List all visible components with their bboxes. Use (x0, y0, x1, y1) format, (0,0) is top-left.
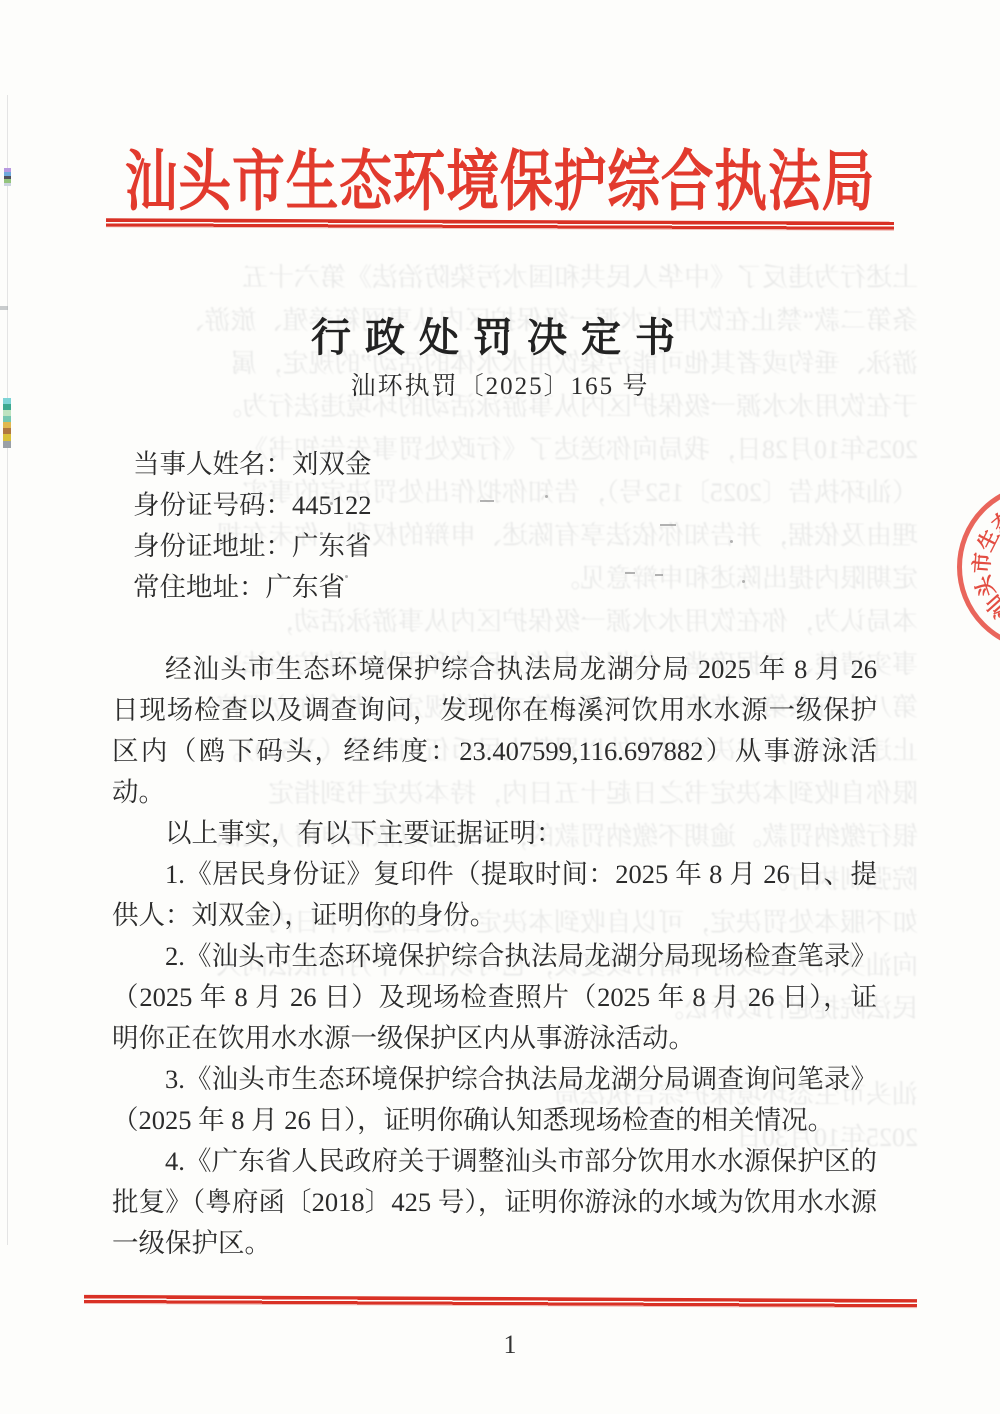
paragraph-evidence-4: 4.《广东省人民政府关于调整汕头市部分饮用水水源保护区的批复》（粤府函〔2018… (112, 1141, 877, 1264)
party-id-label: 身份证号码： (133, 490, 292, 520)
redaction-smudge (655, 574, 663, 576)
redaction-smudge (625, 572, 635, 574)
party-residence-row: 常住地址：广东省 (133, 567, 913, 608)
party-id-value-redacted: 445122 (292, 490, 372, 520)
redaction-smudge (742, 580, 745, 583)
party-id-number-row: 身份证号码：445122 (133, 485, 913, 526)
redaction-smudge (480, 500, 494, 502)
party-id-address-label: 身份证地址： (133, 531, 292, 561)
party-name-value: 刘双金 (292, 449, 372, 479)
party-residence-label: 常住地址： (133, 572, 266, 602)
paragraph-evidence-3: 3.《汕头市生态环境保护综合执法局龙湖分局调查询问笔录》（2025 年 8 月 … (112, 1059, 877, 1141)
agency-letterhead: 汕头市生态环境保护综合执法局 (100, 128, 900, 223)
paragraph-evidence-1: 1.《居民身份证》复印件（提取时间：2025 年 8 月 26 日、提供人：刘双… (112, 854, 877, 936)
party-residence-value-redacted: 广东省 (266, 572, 346, 602)
paragraph-evidence-intro: 以上事实，有以下主要证据证明： (112, 813, 877, 854)
party-id-address-value-redacted: 广东省 (292, 531, 372, 561)
party-info-block: 当事人姓名：刘双金 身份证号码：445122 身份证地址：广东省 常住地址：广东… (133, 444, 913, 608)
document-number: 汕环执罚〔2025〕165 号 (0, 366, 1000, 402)
party-name-label: 当事人姓名： (133, 449, 292, 479)
party-id-address-row: 身份证地址：广东省 (133, 526, 913, 567)
scan-edge-line (7, 95, 8, 1245)
document-title: 行政处罚决定书 (0, 306, 1000, 363)
bleedthrough-line: 上述行为违反了《中华人民共和国水污染防治法》第六十五 (78, 256, 918, 299)
scanned-document-page: 上述行为违反了《中华人民共和国水污染防治法》第六十五条第二款“禁止在饮用水水源一… (0, 0, 1000, 1414)
redaction-smudge (345, 575, 348, 578)
redaction-smudge (330, 502, 333, 505)
official-seal-stamp: 汕头市生态 (957, 483, 1000, 651)
scan-artifact (4, 168, 11, 186)
paragraph-facts: 经汕头市生态环境保护综合执法局龙湖分局 2025 年 8 月 26 日现场检查以… (112, 649, 877, 813)
redaction-smudge (320, 532, 323, 535)
scan-artifact (3, 398, 11, 448)
page-number: 1 (0, 1330, 1000, 1360)
decision-body: 经汕头市生态环境保护综合执法局龙湖分局 2025 年 8 月 26 日现场检查以… (112, 649, 877, 1264)
footer-double-rule (84, 1295, 917, 1308)
redaction-smudge (730, 540, 733, 543)
paragraph-evidence-2: 2.《汕头市生态环境保护综合执法局龙湖分局现场检查笔录》（2025 年 8 月 … (112, 936, 877, 1059)
redaction-smudge (660, 524, 676, 526)
seal-character: 市 (965, 551, 996, 574)
party-name-row: 当事人姓名：刘双金 (133, 444, 913, 485)
redaction-smudge (545, 495, 548, 498)
